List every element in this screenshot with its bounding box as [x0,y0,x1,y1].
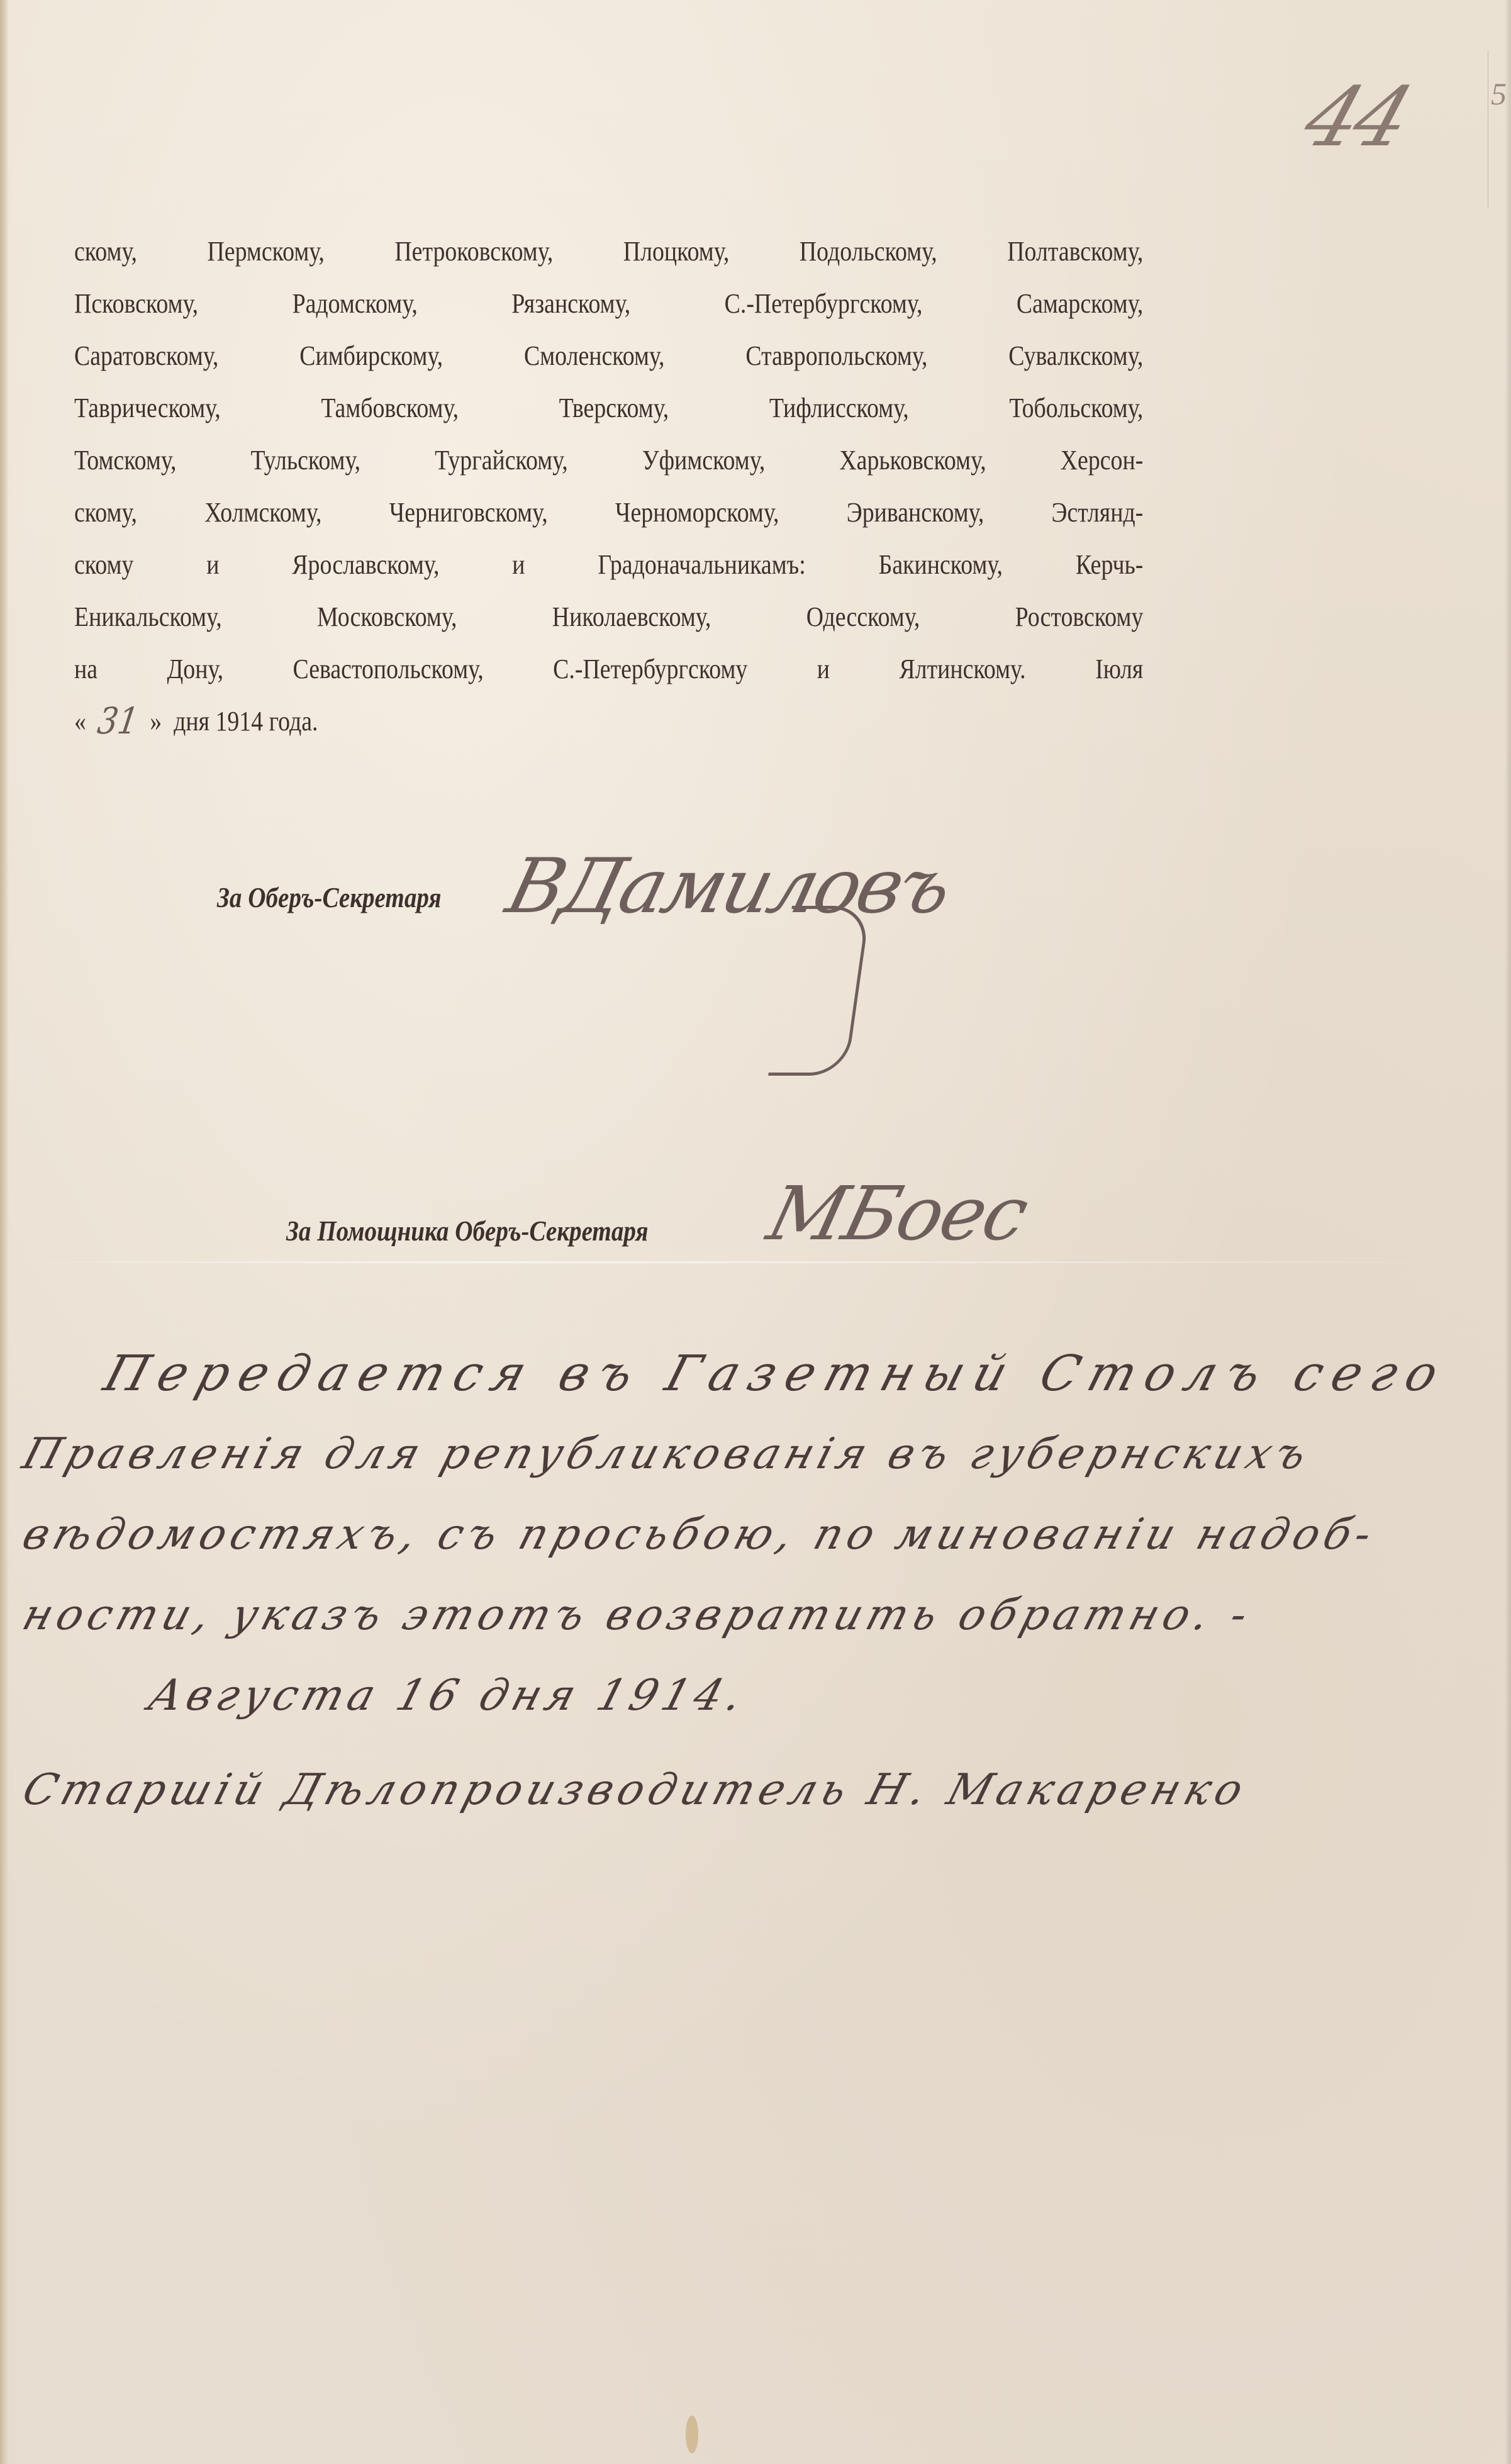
folio-number: 44 [1293,69,1420,165]
close-quote: » [150,695,162,747]
word: Самарскому, [1017,277,1143,330]
printed-line: Таврическому, Тамбовскому, Тверскому, Ти… [74,382,1143,434]
word: Радомскому, [293,277,418,330]
word: Градоначальникамъ: [598,538,805,591]
word: Дону, [167,643,223,695]
paper-stain [686,2416,698,2453]
page-left-edge [0,0,9,2464]
handwritten-line: Передается въ Газетный Столъ сего [13,1334,1508,1414]
handwritten-signature: ВДамиловъ [499,843,959,930]
word: Пермскому, [207,225,324,277]
handwritten-signature: МБоес [760,1170,1036,1257]
word: Эстлянд- [1052,486,1144,538]
word: Харьковскому, [839,434,986,486]
document-page: 44 5 скому, Пермскому, Петроковскому, Пл… [0,0,1511,2464]
word: Бакинскому, [879,538,1003,591]
printed-line: Еникальскому, Московскому, Николаевскому… [74,591,1143,643]
page-right-crease [1488,50,1488,208]
page-right-edge [1505,0,1511,2464]
word: Уфимскому, [642,434,766,486]
word: Ялтинскому. [899,643,1025,695]
signature-label: За Оберъ-Секретаря [217,881,442,914]
handwritten-line: Правленія для републикованія въ губернск… [13,1414,1508,1495]
handwritten-day: 31 [94,695,142,747]
handwritten-line: ности, указъ этотъ возвратить обратно. - [13,1575,1508,1656]
word: Тверскому, [559,382,669,434]
word: Симбирскому, [299,330,443,382]
word: Керчь- [1076,538,1143,591]
word: Саратовскому, [74,330,218,382]
date-line: « 31 » дня 1914 года. [74,695,1143,747]
handwritten-signoff: Старшій Дѣлопроизводитель Н. Макаренко [13,1750,1508,1831]
word: на [74,643,98,695]
word: Ярославскому, [292,538,439,591]
signature-label: За Помощника Оберъ-Секретаря [286,1214,649,1247]
word: Сувалкскому, [1008,330,1143,382]
printed-line: Томскому, Тульскому, Тургайскому, Уфимск… [74,434,1143,486]
word: Севастопольскому, [293,643,484,695]
printed-line: Саратовскому, Симбирскому, Смоленскому, … [74,330,1143,382]
word: Херсон- [1061,434,1144,486]
word: Тамбовскому, [321,382,459,434]
date-rest: дня 1914 года. [174,695,318,747]
folio-mark: 5 [1491,75,1507,112]
word: Холмскому, [204,486,321,538]
word: и [512,538,525,591]
word: Московскому, [317,591,457,643]
word: Смоленскому, [524,330,665,382]
printed-line: скому, Пермскому, Петроковскому, Плоцком… [74,225,1143,277]
word: Ростовскому [1015,591,1144,643]
signature-row-assistant: За Помощника Оберъ-Секретаря МБоес [286,1214,712,1247]
word: С.-Петербургскому [553,643,747,695]
word: Черниговскому, [389,486,548,538]
word: Полтавскому, [1007,225,1143,277]
word: Псковскому, [74,277,198,330]
signature-row-secretary: За Оберъ-Секретаря ВДамиловъ [217,881,481,914]
handwritten-date: Августа 16 дня 1914. [13,1656,1508,1736]
paper-fold-crease [0,1261,1511,1263]
word: скому [74,538,133,591]
word: Еникальскому, [74,591,222,643]
printed-line: скому, Холмскому, Черниговскому, Черномо… [74,486,1143,538]
printed-line: скому и Ярославскому, и Градоначальникам… [74,538,1143,591]
handwritten-line: вѣдомостяхъ, съ просьбою, по минованіи н… [13,1495,1508,1575]
word: и [817,643,830,695]
word: Плоцкому, [623,225,730,277]
word: Таврическому, [74,382,221,434]
signature-flourish [768,906,871,1076]
word: Черноморскому, [615,486,779,538]
word: С.-Петербургскому, [725,277,923,330]
printed-text-block: скому, Пермскому, Петроковскому, Плоцком… [74,225,1144,747]
word: Подольскому, [800,225,937,277]
word: Рязанскому, [511,277,630,330]
open-quote: « [74,695,86,747]
word: Тобольскому, [1009,382,1143,434]
word: Тульскому, [250,434,360,486]
handwritten-note: Передается въ Газетный Столъ сего Правле… [13,1334,1485,1831]
word: Петроковскому, [394,225,553,277]
word: скому, [74,486,137,538]
word: Николаевскому, [552,591,711,643]
printed-line: на Дону, Севастопольскому, С.-Петербургс… [74,643,1143,695]
word: скому, [74,225,137,277]
word: Іюля [1095,643,1143,695]
word: и [206,538,219,591]
word: Тургайскому, [435,434,568,486]
word: Тифлисскому, [769,382,909,434]
word: Эриванскому, [847,486,984,538]
word: Ставропольскому, [745,330,927,382]
word: Одесскому, [806,591,920,643]
printed-line: Псковскому, Радомскому, Рязанскому, С.-П… [74,277,1143,330]
word: Томскому, [74,434,176,486]
